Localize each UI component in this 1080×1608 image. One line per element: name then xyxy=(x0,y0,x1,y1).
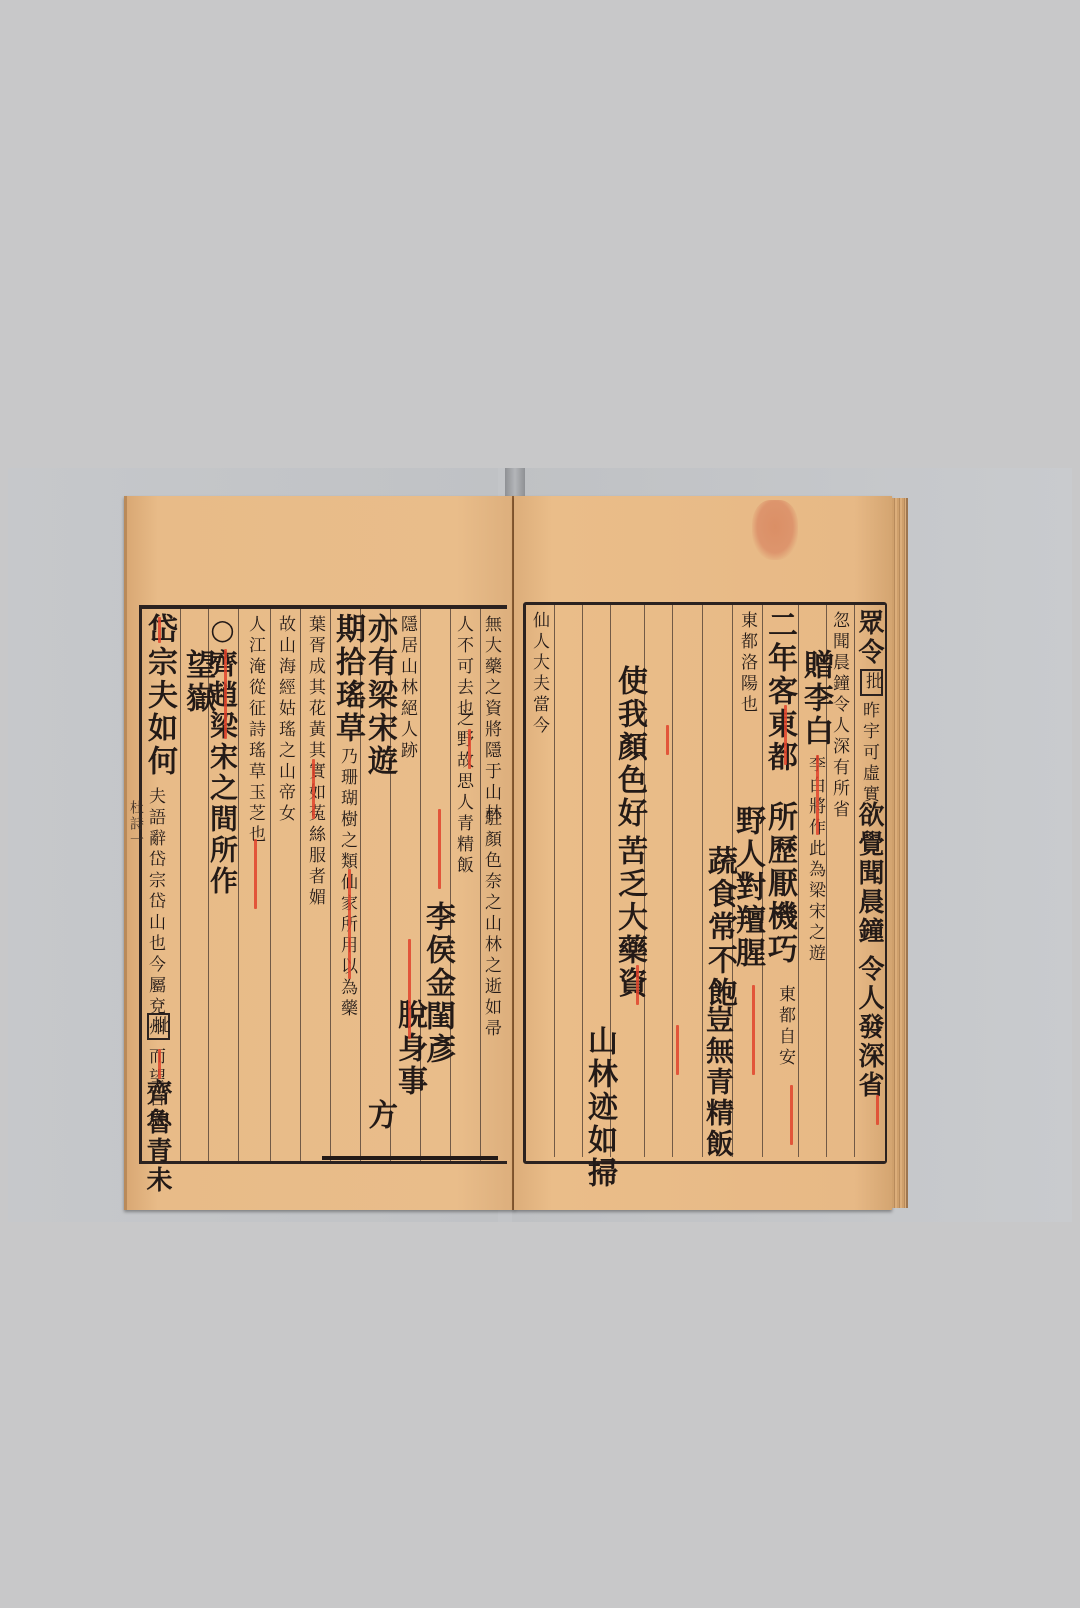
commentary-r1: 仙人大夫當今 xyxy=(530,611,547,737)
red-mark xyxy=(254,839,257,909)
commentary-r7: 昨宇可虛實 xyxy=(860,701,877,806)
red-mark xyxy=(408,939,411,1039)
commentary-r2: 東都洛陽也 xyxy=(738,611,755,716)
commentary-8: 人不可去也 xyxy=(454,615,471,720)
red-mark xyxy=(158,1049,161,1079)
verse-line-2: 齊魯青未 xyxy=(144,1079,170,1195)
commentary-r5: 忽聞晨鐘令人深有所省 xyxy=(830,611,847,821)
red-mark xyxy=(224,649,227,739)
red-mark xyxy=(666,725,669,755)
commentary-r3: 東都自安 xyxy=(776,985,793,1069)
red-mark xyxy=(636,965,639,1005)
red-mark xyxy=(816,755,819,835)
commentary-6: 乃珊瑚樹之類仙家所用以為藥 xyxy=(338,747,355,1020)
spine-gap xyxy=(505,468,525,498)
red-mark xyxy=(876,1095,879,1125)
red-mark xyxy=(348,869,351,979)
verse-line-r10: 令人發深省 xyxy=(856,955,882,1100)
commentary-7: 隱居山林絕人跡 xyxy=(398,615,415,762)
verse-line-7: 方 xyxy=(364,1099,394,1132)
red-mark xyxy=(158,617,161,643)
verse-line-4: 亦有梁宋遊 xyxy=(364,613,394,778)
red-mark xyxy=(312,759,315,819)
left-text-frame: 岱宗夫如何 夫語辭岱宗岱山也今屬兗州 批 而望言嶽 齊魯青未 望嶽 ○齊趙梁宋之… xyxy=(139,605,507,1164)
column-rule xyxy=(450,609,451,1161)
right-text-frame: 仙人大夫當今 使我顏色好 苦乏大藥資 山林迹如掃 蔬食常不飽 豈無青精飯 野人對… xyxy=(523,602,887,1164)
column-rule xyxy=(672,605,673,1157)
verse-line-r7: 苦乏大藥資 xyxy=(614,835,644,1000)
commentary-4: 故山海經姑瑤之山帝女 xyxy=(276,615,293,825)
red-mark xyxy=(676,1025,679,1075)
verse-line-r9: 欲覺聞晨鐘 xyxy=(856,801,882,946)
red-mark xyxy=(438,809,441,889)
fore-edge-label: 杜詩一 xyxy=(126,800,146,848)
verse-line-r8: 山林迹如掃 xyxy=(584,1025,614,1190)
verse-line-r1: 二年客東都 xyxy=(764,609,794,774)
red-mark xyxy=(784,705,787,765)
pi-marker: 批 xyxy=(147,1013,170,1040)
column-rule xyxy=(300,609,301,1161)
verse-line-r2: 所歷厭機巧 xyxy=(764,801,794,966)
verse-line-r6: 使我顏色好 xyxy=(614,665,644,830)
authorship-note: ○齊趙梁宋之間所作 xyxy=(208,613,236,897)
poem-title-right: 贈李白 xyxy=(800,649,830,748)
verse-line-3: 期拾瑤草 xyxy=(332,613,362,745)
red-mark xyxy=(468,729,471,769)
red-mark xyxy=(752,985,755,1075)
bottom-rule-left xyxy=(322,1156,498,1160)
commentary-11: 駐顏色奈之山林之逝如帚 xyxy=(482,809,499,1040)
commentary-r6: 眾令 xyxy=(856,609,882,667)
commentary-r4: 李白將作此為梁宋之遊 xyxy=(806,755,823,965)
verse-line-r5: 豈無青精飯 xyxy=(704,1005,732,1160)
page-stack-edges xyxy=(892,498,908,1208)
column-rule xyxy=(554,605,555,1157)
red-mark xyxy=(790,1085,793,1145)
pi-box-right: 批 xyxy=(860,669,883,696)
commentary-1: 夫語辭岱宗岱山也今屬兗州 xyxy=(146,787,163,1039)
verse-line-r3: 野人對羶腥 xyxy=(732,805,762,970)
column-rule xyxy=(270,609,271,1161)
pi-box: 批 xyxy=(147,1013,170,1040)
pi-marker-right: 批 xyxy=(860,669,883,696)
commentary-10: 無大藥之資將隱于山林 xyxy=(482,615,499,825)
red-stain xyxy=(752,500,798,560)
commentary-3: 人江淹從征詩瑤草玉芝也 xyxy=(246,615,263,846)
